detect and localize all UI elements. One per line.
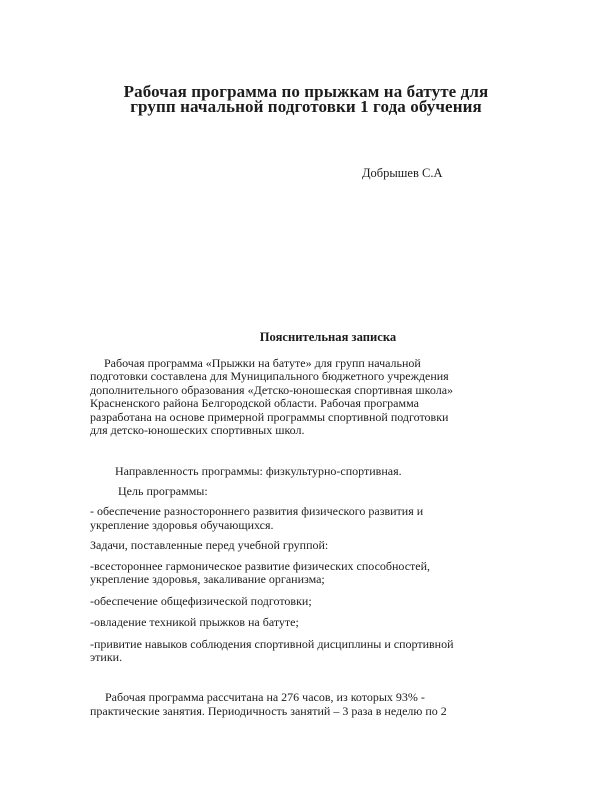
author-name: Добрышев С.А: [90, 166, 522, 180]
section-heading: Пояснительная записка: [90, 331, 522, 344]
page-title: Рабочая программа по прыжкам на батуте д…: [90, 84, 522, 114]
task-item: -обеспечение общефизической подготовки;: [90, 595, 522, 608]
hours-paragraph: Рабочая программа рассчитана на 276 часо…: [90, 691, 522, 718]
goal-label: Цель программы:: [90, 485, 522, 498]
intro-paragraph: Рабочая программа «Прыжки на батуте» для…: [90, 357, 522, 437]
task-item: -овладение техникой прыжков на батуте;: [90, 616, 522, 629]
document-content: Рабочая программа по прыжкам на батуте д…: [90, 0, 522, 718]
task-item: -всестороннее гармоническое развитие физ…: [90, 560, 522, 587]
document-page: Рабочая программа по прыжкам на батуте д…: [0, 0, 612, 792]
task-item: -привитие навыков соблюдения спортивной …: [90, 638, 522, 665]
tasks-label: Задачи, поставленные перед учебной групп…: [90, 539, 522, 552]
direction-line: Направленность программы: физкультурно-с…: [90, 465, 522, 478]
goal-item: - обеспечение разностороннего развития ф…: [90, 505, 522, 532]
